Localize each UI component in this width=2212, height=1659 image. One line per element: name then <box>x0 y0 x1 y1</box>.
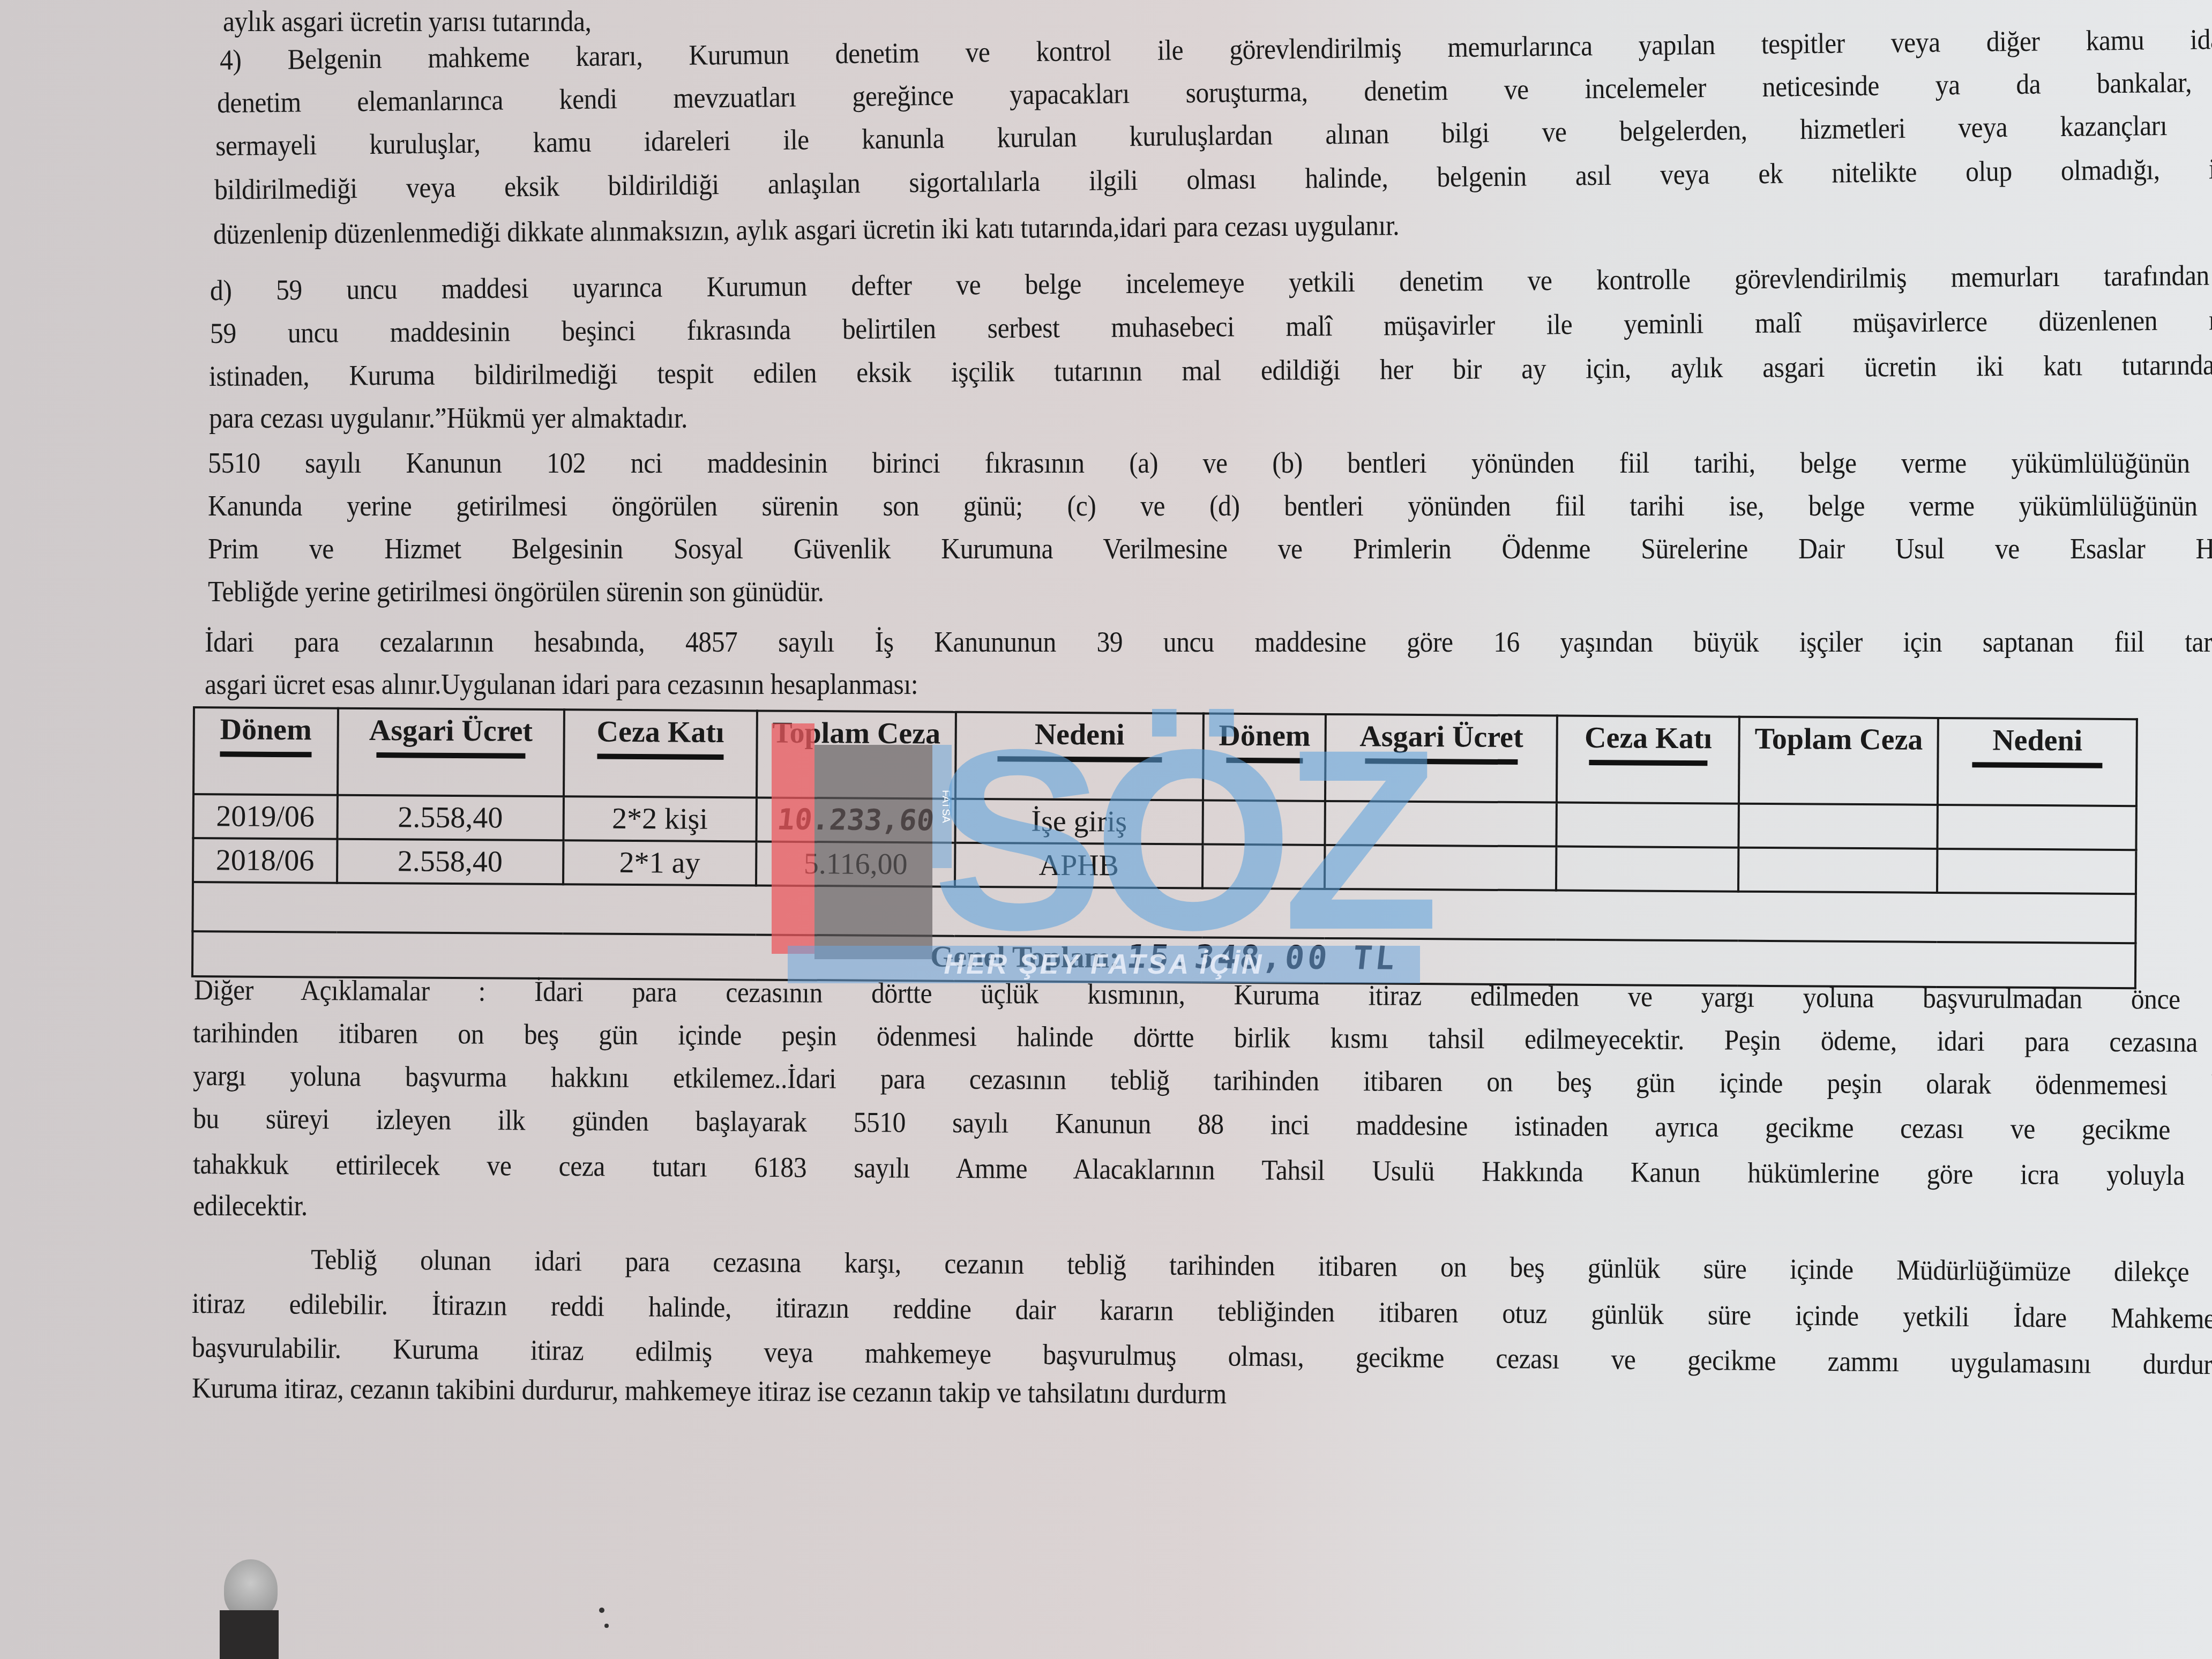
text-line: İdari para cezalarının hesabında, 4857 s… <box>205 625 2212 659</box>
cell-nedeni: İşe giriş <box>955 799 1203 845</box>
cell-ceza-kati-2 <box>1556 847 1739 892</box>
header-nedeni: Nedeni <box>955 712 1204 801</box>
cell-ceza-kati-2 <box>1557 803 1739 848</box>
cell-asgari-ucret-2 <box>1325 845 1556 891</box>
cell-toplam-ceza-2 <box>1738 848 1937 893</box>
cell-nedeni: APHB <box>955 843 1203 888</box>
text-line: aylık asgari ücretin yarısı tutarında, <box>223 4 591 39</box>
text-line: tarihinden itibaren on beş gün içinde pe… <box>193 1015 2212 1060</box>
text-line: istinaden, Kuruma bildirilmediği tespit … <box>209 347 2212 393</box>
cell-nedeni-2 <box>1937 849 2136 894</box>
header-donem-2: Dönem <box>1203 714 1326 801</box>
text-line: d) 59 uncu maddesi uyarınca Kurumun deft… <box>210 257 2212 308</box>
header-ceza-kati-2: Ceza Katı <box>1557 716 1739 804</box>
text-line: edilecektir. <box>193 1189 308 1223</box>
header-ceza-kati: Ceza Katı <box>564 709 758 797</box>
text-line: 5510 sayılı Kanunun 102 nci maddesinin b… <box>208 446 2212 480</box>
cell-donem-2 <box>1203 801 1326 845</box>
cell-nedeni-2 <box>1938 805 2136 850</box>
table-header-row: Dönem Asgari Ücret Ceza Katı Toplam Ceza… <box>193 707 2137 806</box>
cell-asgari-ucret-2 <box>1325 801 1557 847</box>
header-nedeni-2: Nedeni <box>1938 718 2137 806</box>
cell-toplam-ceza: 10.233,60 <box>757 797 955 842</box>
cell-toplam-ceza: 5.116,00 <box>756 841 955 886</box>
text-line: düzenlenip düzenlenmediği dikkate alınma… <box>213 208 1400 251</box>
text-line: 59 uncu maddesinin beşinci fıkrasında be… <box>210 302 2212 350</box>
cell-toplam-ceza-2 <box>1739 804 1938 849</box>
header-donem: Dönem <box>193 707 338 795</box>
total-label: Genel Toplam: <box>930 940 1120 974</box>
text-line: tahakkuk ettirilecek ve ceza tutarı 6183… <box>193 1147 2212 1193</box>
ink-speck <box>599 1608 604 1613</box>
cell-asgari-ucret: 2.558,40 <box>337 795 563 841</box>
text-line: yargı yoluna başvurma hakkını etkilemez.… <box>193 1058 2212 1103</box>
ink-speck <box>604 1624 609 1628</box>
pen-body <box>220 1610 279 1659</box>
cell-asgari-ucret: 2.558,40 <box>337 839 563 885</box>
document-photo: aylık asgari ücretin yarısı tutarında, 4… <box>0 0 2212 1659</box>
cell-donem-2 <box>1202 845 1325 889</box>
cell-ceza-kati: 2*1 ay <box>563 840 757 885</box>
pen-cap <box>224 1559 278 1618</box>
text-line: itiraz edilebilir. İtirazın reddi halind… <box>192 1286 2212 1336</box>
text-line: Kanunda yerine getirilmesi öngörülen sür… <box>208 489 2212 523</box>
text-line: bu süreyi izleyen ilk günden başlayarak … <box>193 1101 2212 1147</box>
text-line: Kuruma itiraz, cezanın takibini durdurur… <box>192 1371 1227 1411</box>
text-line: Tebliğde yerine getirilmesi öngörülen sü… <box>208 574 824 609</box>
cell-ceza-kati: 2*2 kişi <box>563 796 757 841</box>
header-asgari-ucret: Asgari Ücret <box>338 708 564 797</box>
header-toplam-ceza: Toplam Ceza <box>757 711 956 798</box>
text-line: asgari ücret esas alınır.Uygulanan idari… <box>205 667 918 701</box>
cell-donem: 2019/06 <box>193 794 337 839</box>
text-line: Prim ve Hizmet Belgesinin Sosyal Güvenli… <box>208 532 2212 566</box>
header-asgari-ucret-2: Asgari Ücret <box>1325 714 1557 803</box>
header-toplam-ceza-2: Toplam Ceza <box>1739 717 1938 805</box>
fine-calculation-table: Dönem Asgari Ücret Ceza Katı Toplam Ceza… <box>191 706 2138 989</box>
total-value-handwritten: 15.348,00 TL <box>1125 938 1400 977</box>
cell-donem: 2018/06 <box>193 838 337 883</box>
text-line: Tebliğ olunan idari para cezasına karşı,… <box>311 1242 2212 1289</box>
text-line: para cezası uygulanır.”Hükmü yer almakta… <box>209 401 687 435</box>
pen-object <box>214 1559 284 1659</box>
